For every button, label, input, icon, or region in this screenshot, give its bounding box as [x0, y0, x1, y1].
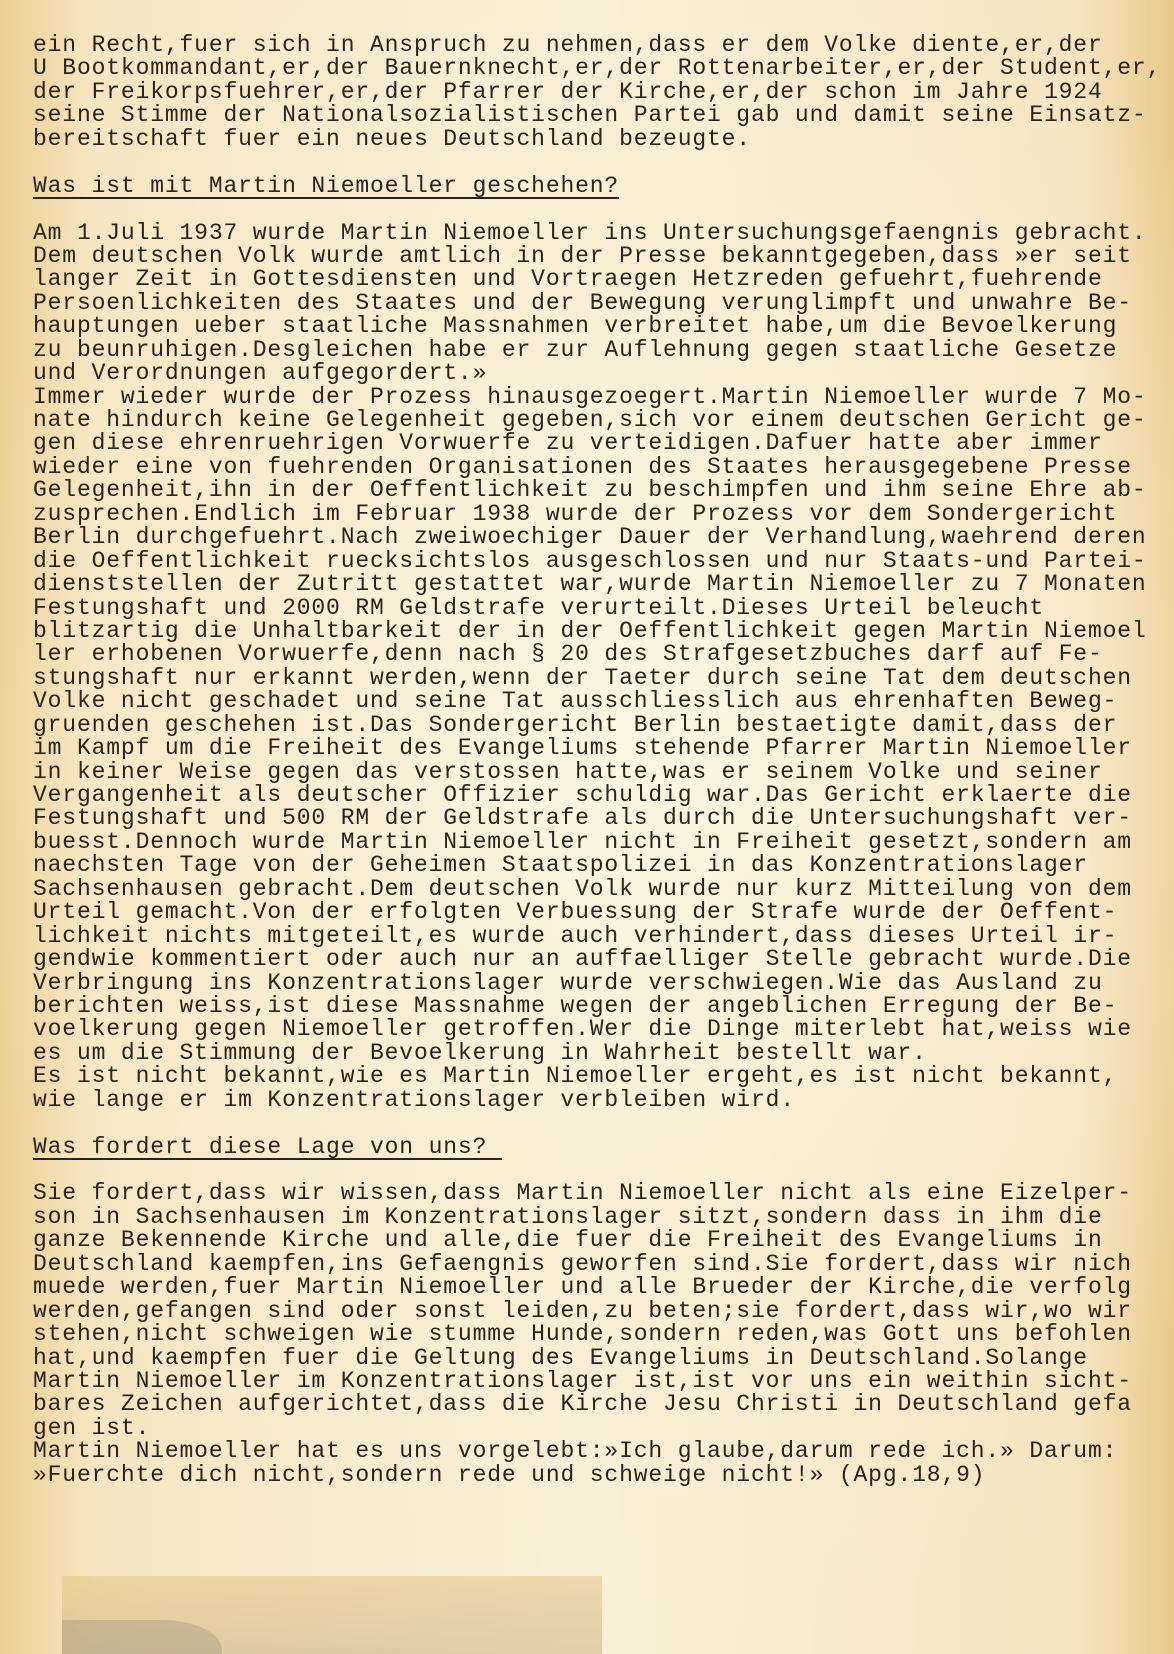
text-line: zusprechen.Endlich im Februar 1938 wurde… — [33, 503, 1173, 526]
text-line: Sachsenhausen gebracht.Dem deutschen Vol… — [33, 878, 1173, 901]
text-line: Festungshaft und 2000 RM Geldstrafe veru… — [33, 597, 1173, 620]
paragraph: Sie fordert,dass wir wissen,dass Martin … — [33, 1182, 1173, 1487]
text-line: Es ist nicht bekannt,wie es Martin Niemo… — [33, 1065, 1173, 1088]
text-line: der Freikorpsfuehrer,er,der Pfarrer der … — [33, 81, 1173, 104]
section-heading: Was fordert diese Lage von uns? — [33, 1136, 1173, 1159]
blank-line — [33, 1159, 1173, 1182]
text-line: U Bootkommandant,er,der Bauernknecht,er,… — [33, 57, 1173, 80]
text-line: blitzartig die Unhaltbarkeit der in der … — [33, 620, 1173, 643]
text-line: Gelegenheit,ihn in der Oeffentlichkeit z… — [33, 479, 1173, 502]
text-line: werden,gefangen sind oder sonst leiden,z… — [33, 1300, 1173, 1323]
typewritten-document: ein Recht,fuer sich in Anspruch zu nehme… — [33, 34, 1173, 1487]
text-line: Immer wieder wurde der Prozess hinausgez… — [33, 386, 1173, 409]
blank-line — [33, 151, 1173, 174]
text-line: Festungshaft und 500 RM der Geldstrafe a… — [33, 807, 1173, 830]
text-line: es um die Stimmung der Bevoelkerung in W… — [33, 1042, 1173, 1065]
text-line: hat,und kaempfen fuer die Geltung des Ev… — [33, 1347, 1173, 1370]
text-line: gruenden geschehen ist.Das Sondergericht… — [33, 714, 1173, 737]
text-line: seine Stimme der Nationalsozialistischen… — [33, 104, 1173, 127]
text-line: bares Zeichen aufgerichtet,dass die Kirc… — [33, 1393, 1173, 1416]
text-line: »Fuerchte dich nicht,sondern rede und sc… — [33, 1464, 1173, 1487]
text-line: zu beunruhigen.Desgleichen habe er zur A… — [33, 339, 1173, 362]
text-line: wie lange er im Konzentrationslager verb… — [33, 1089, 1173, 1112]
text-line: stungshaft nur erkannt werden,wenn der T… — [33, 667, 1173, 690]
text-line: Verbringung ins Konzentrationslager wurd… — [33, 972, 1173, 995]
text-line: muede werden,fuer Martin Niemoeller und … — [33, 1276, 1173, 1299]
text-line: son in Sachsenhausen im Konzentrationsla… — [33, 1206, 1173, 1229]
text-line: ganze Bekennende Kirche und alle,die fue… — [33, 1229, 1173, 1252]
text-line: Vergangenheit als deutscher Offizier sch… — [33, 784, 1173, 807]
text-line: im Kampf um die Freiheit des Evangeliums… — [33, 737, 1173, 760]
text-line: Sie fordert,dass wir wissen,dass Martin … — [33, 1182, 1173, 1205]
paper-stain-shadow — [62, 1620, 222, 1654]
text-line: hauptungen ueber staatliche Massnahmen v… — [33, 315, 1173, 338]
text-line: ein Recht,fuer sich in Anspruch zu nehme… — [33, 34, 1173, 57]
text-line: Martin Niemoeller hat es uns vorgelebt:»… — [33, 1440, 1173, 1463]
text-line: dienststellen der Zutritt gestattet war,… — [33, 573, 1173, 596]
text-line: naechsten Tage von der Geheimen Staatspo… — [33, 854, 1173, 877]
text-line: und Verordnungen aufgegordert.» — [33, 362, 1173, 385]
text-line: nate hindurch keine Gelegenheit gegeben,… — [33, 409, 1173, 432]
text-line: buesst.Dennoch wurde Martin Niemoeller n… — [33, 831, 1173, 854]
text-line: Am 1.Juli 1937 wurde Martin Niemoeller i… — [33, 222, 1173, 245]
blank-line — [33, 198, 1173, 221]
text-line: Berlin durchgefuehrt.Nach zweiwoechiger … — [33, 526, 1173, 549]
text-line: Deutschland kaempfen,ins Gefaengnis gewo… — [33, 1253, 1173, 1276]
text-line: bereitschaft fuer ein neues Deutschland … — [33, 128, 1173, 151]
text-line: voelkerung gegen Niemoeller getroffen.We… — [33, 1018, 1173, 1041]
text-line: gen diese ehrenruehrigen Vorwuerfe zu ve… — [33, 432, 1173, 455]
text-line: stehen,nicht schweigen wie stumme Hunde,… — [33, 1323, 1173, 1346]
text-line: lichkeit nichts mitgeteilt,es wurde auch… — [33, 925, 1173, 948]
section-heading-text: Was fordert diese Lage von uns? — [33, 1134, 502, 1160]
text-line: in keiner Weise gegen das verstossen hat… — [33, 761, 1173, 784]
paragraph: Am 1.Juli 1937 wurde Martin Niemoeller i… — [33, 222, 1173, 1113]
text-line: Martin Niemoeller im Konzentrationslager… — [33, 1370, 1173, 1393]
text-line: langer Zeit in Gottesdiensten und Vortra… — [33, 268, 1173, 291]
text-line: Dem deutschen Volk wurde amtlich in der … — [33, 245, 1173, 268]
paragraph: ein Recht,fuer sich in Anspruch zu nehme… — [33, 34, 1173, 151]
text-line: die Oeffentlichkeit ruecksichtslos ausge… — [33, 550, 1173, 573]
blank-line — [33, 1112, 1173, 1135]
text-line: wieder eine von fuehrenden Organisatione… — [33, 456, 1173, 479]
text-line: gen ist. — [33, 1417, 1173, 1440]
text-line: Persoenlichkeiten des Staates und der Be… — [33, 292, 1173, 315]
section-heading: Was ist mit Martin Niemoeller geschehen? — [33, 175, 1173, 198]
text-line: berichten weiss,ist diese Massnahme wege… — [33, 995, 1173, 1018]
text-line: gendwie kommentiert oder auch nur an auf… — [33, 948, 1173, 971]
text-line: ler erhobenen Vorwuerfe,denn nach § 20 d… — [33, 643, 1173, 666]
text-line: Volke nicht geschadet und seine Tat auss… — [33, 690, 1173, 713]
text-line: Urteil gemacht.Von der erfolgten Verbues… — [33, 901, 1173, 924]
section-heading-text: Was ist mit Martin Niemoeller geschehen? — [33, 173, 619, 199]
